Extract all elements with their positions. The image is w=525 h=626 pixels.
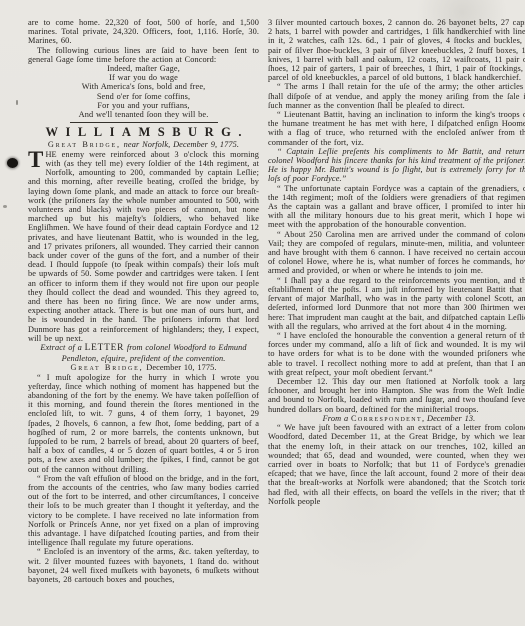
effusion-paragraph: “ From the vaſt effuſion of blood on the… <box>28 474 259 548</box>
fordyce-paragraph: “ The unfortunate captain Fordyce was a … <box>268 184 525 230</box>
lead-paragraph-body: HE enemy were reinforced about 3 o'clock… <box>28 150 259 343</box>
ink-blot <box>7 158 18 168</box>
ink-speck <box>3 205 7 208</box>
inventory-paragraph: “ Encloſed is an inventory of the arms, … <box>28 547 259 584</box>
newspaper-page: are to come home. 22,320 of foot, 500 of… <box>0 0 525 626</box>
correspondent-heading: From a Correspondent, December 13. <box>268 414 525 423</box>
dateline-date: near Norfolk, December 9, 1775. <box>121 140 239 149</box>
carolina-men-paragraph: “ About 250 Carolina men are arrived und… <box>268 230 525 276</box>
dateline-date: December 10, 1775. <box>143 363 216 372</box>
dateline-place: Great Bridge, <box>70 363 143 372</box>
verse-line: For you and your ruffians, <box>28 101 259 110</box>
correspondent-date: , December 13. <box>422 414 475 423</box>
inventory-continuation-paragraph: 3 ſilver mounted cartouch boxes, 2 canno… <box>268 18 525 82</box>
correspondent-name: Correspondent <box>351 414 422 423</box>
apologize-paragraph: “ I muſt apologize for the hurry in whic… <box>28 373 259 474</box>
arms-retain-paragraph: “ The arms I ſhall retain for the uſe of… <box>268 82 525 110</box>
dateline-place: Great Bridge, <box>48 140 121 149</box>
drop-cap-letter: T <box>28 150 45 169</box>
dateline-december-10: Great Bridge, December 10, 1775. <box>28 363 259 373</box>
verse-line: Send o'er for ſome coffins, <box>28 92 259 101</box>
curious-lines-intro: The following curious lines are ſaid to … <box>28 46 259 64</box>
verse-line: With America's ſons, bold and free, <box>28 82 259 91</box>
general-return-paragraph: “ I have encloſed the honourable the con… <box>268 331 525 377</box>
right-column: 3 ſilver mounted cartouch boxes, 2 canno… <box>268 18 525 614</box>
dateline-december-9: Great Bridge, near Norfolk, December 9, … <box>28 140 259 150</box>
flag-of-truce-paragraph: “ Lieutenant Battit, having an inclinati… <box>268 110 525 147</box>
due-regard-paragraph: “ I ſhall pay a due regard to the reinfo… <box>268 276 525 331</box>
left-column: are to come home. 22,320 of foot, 500 of… <box>28 18 259 614</box>
extract-heading-letter-word: LETTER <box>85 343 124 353</box>
letter-extract-heading: Extract of a LETTER from colonel Woodfor… <box>28 343 259 363</box>
gage-verse: Indeed, maſter Gage, If war you do wage … <box>28 64 259 119</box>
troop-numbers-paragraph: are to come home. 22,320 of foot, 500 of… <box>28 18 259 46</box>
verse-line: And we'll tenanted ſoon they will be. <box>28 110 259 119</box>
section-divider-rule <box>70 122 218 123</box>
verse-line: If war you do wage <box>28 73 259 82</box>
city-heading: WILLIAMSBURG. <box>28 125 259 139</box>
december-12-paragraph: December 12. This day our men ſtationed … <box>268 377 525 414</box>
lead-paragraph: THE enemy were reinforced about 3 o'cloc… <box>28 150 259 343</box>
december-13-paragraph: “ We have juſt been favoured with an ext… <box>268 423 525 506</box>
extract-heading-lead: Extract of a <box>40 343 84 352</box>
verse-line: Indeed, maſter Gage, <box>28 64 259 73</box>
correspondent-prefix: From a <box>323 414 351 423</box>
leslie-reply-paragraph: “ Captain Leſlie preſents his compliment… <box>268 147 525 184</box>
ink-speck <box>16 100 18 105</box>
